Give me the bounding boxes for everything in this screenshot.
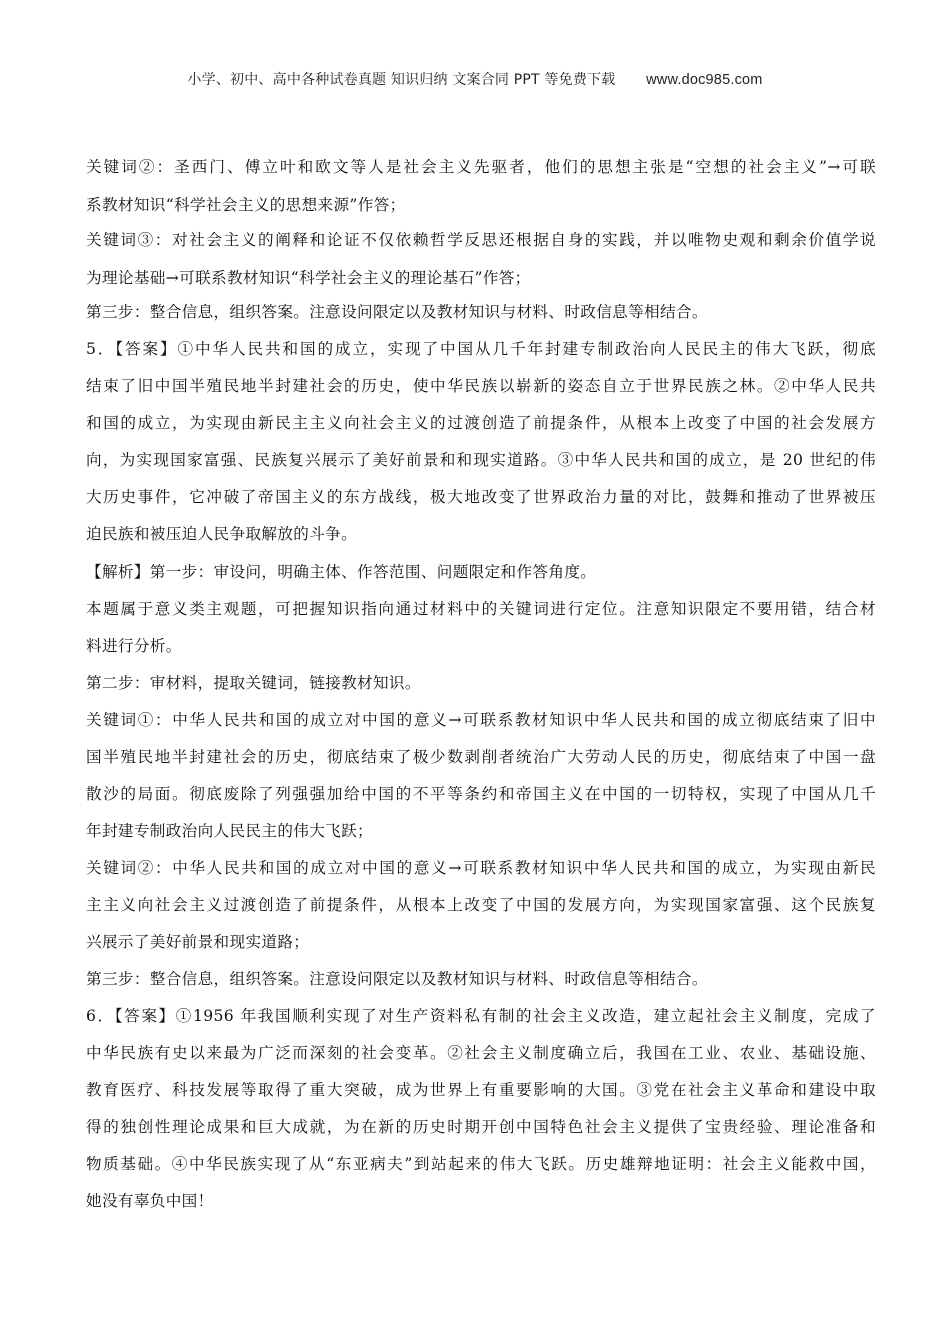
text-line: 教育医疗、科技发展等取得了重大突破，成为世界上有重要影响的大国。③党在社会主义革… xyxy=(86,1080,876,1100)
text-line: 大历史事件，它冲破了帝国主义的东方战线，极大地改变了世界政治力量的对比，鼓舞和推… xyxy=(86,487,876,507)
text-line: 兴展示了美好前景和现实道路； xyxy=(86,932,876,952)
text-line: 关键词②：圣西门、傅立叶和欧文等人是社会主义先驱者，他们的思想主张是“空想的社会… xyxy=(86,157,876,177)
text-line: 系教材知识“科学社会主义的思想来源”作答； xyxy=(86,195,876,215)
text-line: 第二步：审材料，提取关键词，链接教材知识。 xyxy=(86,673,876,693)
text-line: 关键词①：中华人民共和国的成立对中国的意义→可联系教材知识中华人民共和国的成立彻… xyxy=(86,710,876,730)
text-line: 5．【答案】①中华人民共和国的成立，实现了中国从几千年封建专制政治向人民民主的伟… xyxy=(86,339,876,359)
header-url: www.doc985.com xyxy=(646,72,762,88)
text-line: 6．【答案】①1956 年我国顺利实现了对生产资料私有制的社会主义改造，建立起社… xyxy=(86,1006,876,1026)
text-line: 主主义向社会主义过渡创造了前提条件，从根本上改变了中国的发展方向，为实现国家富强… xyxy=(86,895,876,915)
text-line: 迫民族和被压迫人民争取解放的斗争。 xyxy=(86,524,876,544)
text-line: 第三步：整合信息，组织答案。注意设问限定以及教材知识与材料、时政信息等相结合。 xyxy=(86,969,876,989)
text-line: 关键词③：对社会主义的阐释和论证不仅依赖哲学反思还根据自身的实践，并以唯物史观和… xyxy=(86,230,876,250)
text-line: 料进行分析。 xyxy=(86,636,876,656)
header-text: 小学、初中、高中各种试卷真题 知识归纳 文案合同 PPT 等免费下载 xyxy=(187,72,615,88)
text-line: 【解析】第一步：审设问，明确主体、作答范围、问题限定和作答角度。 xyxy=(86,562,876,582)
text-line: 结束了旧中国半殖民地半封建社会的历史，使中华民族以崭新的姿态自立于世界民族之林。… xyxy=(86,376,876,396)
text-line: 中华民族有史以来最为广泛而深刻的社会变革。②社会主义制度确立后，我国在工业、农业… xyxy=(86,1043,876,1063)
text-line: 关键词②：中华人民共和国的成立对中国的意义→可联系教材知识中华人民共和国的成立，… xyxy=(86,858,876,878)
text-line: 国半殖民地半封建社会的历史，彻底结束了极少数剥削者统治广大劳动人民的历史，彻底结… xyxy=(86,747,876,767)
text-line: 为理论基础→可联系教材知识“科学社会主义的理论基石”作答； xyxy=(86,268,876,288)
page-header: 小学、初中、高中各种试卷真题 知识归纳 文案合同 PPT 等免费下载 www.d… xyxy=(0,69,950,89)
text-line: 散沙的局面。彻底废除了列强强加给中国的不平等条约和帝国主义在中国的一切特权，实现… xyxy=(86,784,876,804)
text-line: 第三步：整合信息，组织答案。注意设问限定以及教材知识与材料、时政信息等相结合。 xyxy=(86,302,876,322)
text-line: 物质基础。④中华民族实现了从“东亚病夫”到站起来的伟大飞跃。历史雄辩地证明：社会… xyxy=(86,1154,876,1174)
text-line: 年封建专制政治向人民民主的伟大飞跃； xyxy=(86,821,876,841)
text-line: 得的独创性理论成果和巨大成就，为在新的历史时期开创中国特色社会主义提供了宝贵经验… xyxy=(86,1117,876,1137)
text-line: 向，为实现国家富强、民族复兴展示了美好前景和和现实道路。③中华人民共和国的成立，… xyxy=(86,450,876,470)
text-line: 和国的成立，为实现由新民主主义向社会主义的过渡创造了前提条件，从根本上改变了中国… xyxy=(86,413,876,433)
text-line: 她没有辜负中国！ xyxy=(86,1191,876,1211)
text-line: 本题属于意义类主观题，可把握知识指向通过材料中的关键词进行定位。注意知识限定不要… xyxy=(86,599,876,619)
